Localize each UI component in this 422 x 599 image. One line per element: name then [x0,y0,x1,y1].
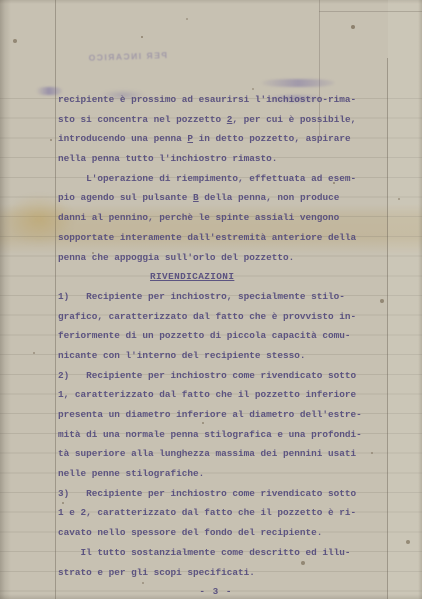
closing-paragraph: Il tutto sostanzialmente come descritto … [58,543,374,582]
page-number: - 3 - [58,582,374,599]
claim-1: 1) Recipiente per inchiostro, specialmen… [58,287,374,366]
text-line: nelle penne stilografiche. [58,464,374,484]
fold-line-right [387,58,388,599]
text-line: 1, caratterizzato dal fatto che il pozze… [58,385,374,405]
text-line: mità di una normale penna stilografica e… [58,425,374,445]
text-line: tà superiore alla lunghezza massima dei … [58,444,374,464]
text-line: penna che appoggia sull'orlo del pozzett… [58,248,374,268]
typewritten-text: recipiente è prossimo ad esaurirsi l'inc… [58,90,374,599]
text-line: sto si concentra nel pozzetto 2, per cui… [58,110,374,130]
text-line: feriormente di un pozzetto di piccola ca… [58,326,374,346]
text-line: 3) Recipiente per inchiostro come rivend… [58,484,374,504]
text-line: Il tutto sostanzialmente come descritto … [58,543,374,563]
ink-smudge [262,79,334,87]
text-line: introducendo una penna P in detto pozzet… [58,129,374,149]
text-line: recipiente è prossimo ad esaurirsi l'inc… [58,90,374,110]
text-line: 1 e 2, caratterizzato dal fatto che il p… [58,503,374,523]
text-line: strato e per gli scopi specificati. [58,563,374,583]
adjacent-page-edge [388,0,422,599]
paragraph-operation-description: L'operazione di riempimento, effettuata … [58,169,374,267]
crease-line-top-right [319,11,422,12]
text-line: L'operazione di riempimento, effettuata … [58,169,374,189]
scanned-document-page: PER INCARICO recipiente è prossimo ad es… [0,0,422,599]
ghost-stamp: PER INCARICO [57,50,167,64]
claims-heading: RIVENDICAZIONI [58,267,374,287]
text-line: grafico, caratterizzato dal fatto che è … [58,307,374,327]
text-line: sopportate interamente dall'estremità an… [58,228,374,248]
claim-3: 3) Recipiente per inchiostro come rivend… [58,484,374,543]
text-line: 2) Recipiente per inchiostro come rivend… [58,366,374,386]
text-line: nella penna tutto l'inchiostro rimasto. [58,149,374,169]
text-line: cavato nello spessore del fondo del reci… [58,523,374,543]
paper-speckles [0,0,2,2]
text-line: presenta un diametro inferiore al diamet… [58,405,374,425]
text-line: danni al pennino, perchè le spinte assia… [58,208,374,228]
claim-2: 2) Recipiente per inchiostro come rivend… [58,366,374,484]
text-line: pio agendo sul pulsante B della penna, n… [58,188,374,208]
text-line: 1) Recipiente per inchiostro, specialmen… [58,287,374,307]
text-line: nicante con l'interno del recipiente ste… [58,346,374,366]
paragraph-filling-description: recipiente è prossimo ad esaurirsi l'inc… [58,90,374,169]
